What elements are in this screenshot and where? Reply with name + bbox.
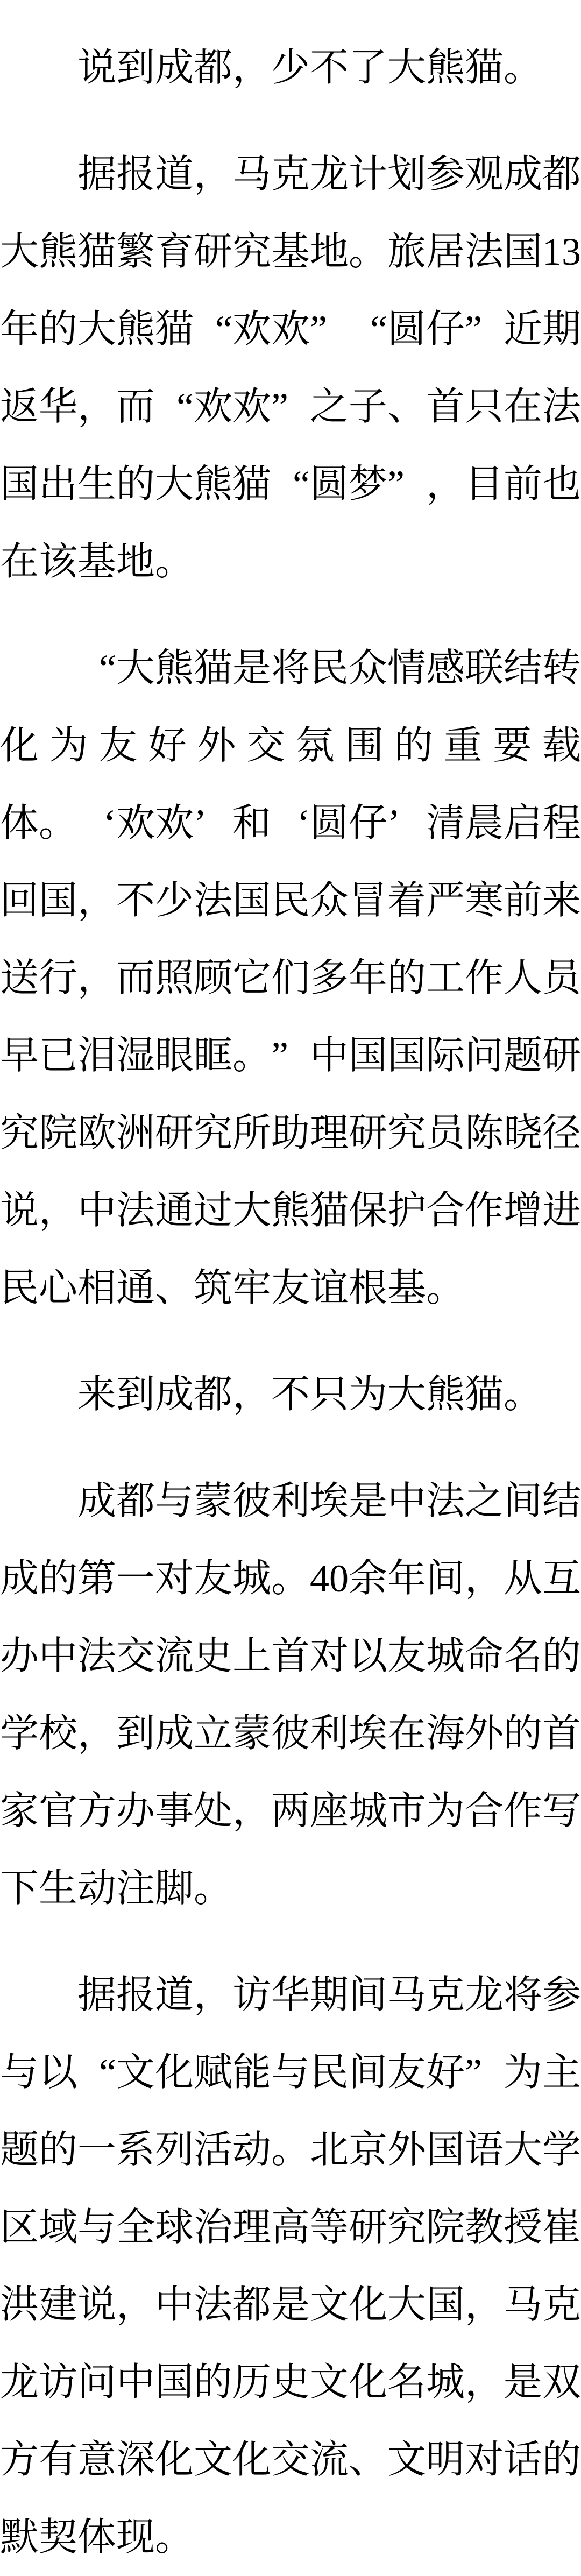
character: 注: [116, 1850, 155, 1927]
paragraph-4: 来到成都，不只为大熊猫。: [0, 1356, 581, 1433]
character: 间: [349, 1956, 387, 2034]
character: 将: [504, 1956, 542, 2034]
character: ，: [465, 1540, 504, 1617]
character: 化: [0, 707, 39, 784]
character: 明: [426, 2421, 465, 2499]
character: 洲: [116, 1094, 155, 1172]
character: 该: [39, 523, 77, 600]
character: 都: [116, 1462, 155, 1540]
text-line: 究院欧洲研究所助理研究员陈晓径: [0, 1094, 581, 1172]
character: 意: [77, 2421, 116, 2499]
character: 根: [349, 1249, 387, 1327]
character: ，: [232, 29, 271, 107]
character: 高: [271, 2189, 310, 2266]
character: ，: [232, 1772, 271, 1850]
character: 的: [542, 2421, 581, 2499]
character: 们: [271, 939, 310, 1017]
character: 球: [155, 2189, 194, 2266]
character: 化: [349, 2266, 387, 2344]
character: 上: [232, 1617, 271, 1695]
character: 都: [542, 136, 581, 213]
character: 转: [542, 629, 581, 707]
character: 在: [387, 1695, 426, 1772]
character: “: [77, 2034, 116, 2111]
character: ”: [387, 445, 426, 523]
text-line: 体。‘欢欢’和‘圆仔’清晨启程: [0, 784, 581, 862]
character: 文: [194, 2421, 232, 2499]
character: 龙: [310, 136, 349, 213]
character: 的: [39, 2111, 77, 2189]
character: 究: [387, 2189, 426, 2266]
character: 研: [542, 1017, 581, 1094]
character: 。: [271, 1540, 310, 1617]
character: 通: [116, 1249, 155, 1327]
text-line: 成都与蒙彼利埃是中法之间结: [0, 1462, 581, 1540]
character: 马: [504, 2266, 542, 2344]
character: 生: [39, 1850, 77, 1927]
character: 方: [77, 1772, 116, 1850]
character: 报: [116, 136, 155, 213]
character: 成: [155, 1695, 194, 1772]
character: 猫: [465, 1356, 504, 1433]
text-line: 题的一系列活动。北京外国语大学: [0, 2111, 581, 2189]
character: 建: [39, 2266, 77, 2344]
character: 成: [0, 1540, 39, 1617]
character: 理: [232, 2189, 271, 2266]
character: 。: [426, 1249, 465, 1327]
character: ”: [465, 291, 504, 368]
character: 校: [39, 1695, 77, 1772]
character: 重: [444, 707, 483, 784]
character: 13: [542, 213, 581, 291]
character: 克: [426, 1956, 465, 2034]
character: 过: [194, 1172, 232, 1249]
character: 好: [148, 707, 187, 784]
character: 回: [0, 862, 39, 939]
character: 只: [310, 1356, 349, 1433]
character: 员: [426, 1094, 465, 1172]
character: 城: [232, 1540, 271, 1617]
character: 办: [116, 1772, 155, 1850]
character: 访: [232, 1956, 271, 2034]
character: 只: [465, 368, 504, 445]
character: 史: [271, 2344, 310, 2421]
character: 熊: [39, 213, 77, 291]
character: “: [349, 291, 387, 368]
character: 外: [465, 1695, 504, 1772]
character: 寒: [465, 862, 504, 939]
character: 埃: [349, 1695, 387, 1772]
character: 国: [39, 862, 77, 939]
character: 家: [0, 1772, 39, 1850]
character: 埃: [310, 1462, 349, 1540]
character: 都: [232, 2266, 271, 2344]
character: 心: [39, 1249, 77, 1327]
character: ，: [194, 136, 232, 213]
character: 也: [542, 445, 581, 523]
character: 而: [116, 939, 155, 1017]
character: 两: [271, 1772, 310, 1850]
character: 民: [0, 1249, 39, 1327]
text-line: 化为友好外交氛围的重要载: [0, 707, 581, 784]
character: 人: [504, 939, 542, 1017]
character: 年: [0, 291, 39, 368]
character: 欢: [271, 291, 310, 368]
character: 的: [542, 1617, 581, 1695]
character: ”: [465, 2034, 504, 2111]
character: 国: [387, 1017, 426, 1094]
character: 语: [465, 2111, 504, 2189]
paragraph-6: 据报道，访华期间马克龙将参 与以“文化赋能与民间友好”为主 题的一系列活动。北京…: [0, 1956, 581, 2576]
character: 的: [194, 2344, 232, 2421]
character: 为: [504, 2034, 542, 2111]
character: 熊: [426, 29, 465, 107]
character: 、: [387, 368, 426, 445]
character: 到: [116, 1695, 155, 1772]
character: 历: [232, 2344, 271, 2421]
character: 友: [387, 2034, 426, 2111]
character: 文: [116, 2034, 155, 2111]
character: 结: [504, 629, 542, 707]
character: 。: [194, 1850, 232, 1927]
character: 问: [465, 1017, 504, 1094]
character: ，: [232, 1356, 271, 1433]
character: 首: [542, 1695, 581, 1772]
character: 径: [542, 1094, 581, 1172]
character: 到: [116, 29, 155, 107]
character: 列: [155, 2111, 194, 2189]
character: 首: [271, 1617, 310, 1695]
character: 间: [504, 1462, 542, 1540]
character: 多: [310, 939, 349, 1017]
character: 。: [39, 784, 77, 862]
character: 成: [155, 1356, 194, 1433]
character: 究: [232, 213, 271, 291]
character: 作: [504, 1772, 542, 1850]
character: 湿: [116, 1017, 155, 1094]
text-line: 下生动注脚。: [0, 1850, 581, 1927]
character: 都: [194, 29, 232, 107]
character: 筑: [194, 1249, 232, 1327]
character: 办: [0, 1617, 39, 1695]
character: 国: [504, 213, 542, 291]
text-line: 据报道，马克龙计划参观成都: [0, 136, 581, 213]
character: ，: [77, 862, 116, 939]
character: 年: [387, 1540, 426, 1617]
character: 、: [349, 2421, 387, 2499]
character: 繁: [116, 213, 155, 291]
character: 利: [271, 1462, 310, 1540]
character: 系: [116, 2111, 155, 2189]
character: 来: [542, 862, 581, 939]
character: 大: [387, 1356, 426, 1433]
character: 院: [39, 1094, 77, 1172]
character: 着: [387, 862, 426, 939]
character: 氛: [296, 707, 335, 784]
character: 圆: [310, 445, 349, 523]
character: 洪: [0, 2266, 39, 2344]
character: 工: [426, 939, 465, 1017]
character: 中: [116, 2344, 155, 2421]
character: 成: [155, 29, 194, 107]
character: 究: [0, 1094, 39, 1172]
character: 流: [155, 1617, 194, 1695]
character: 熊: [426, 1356, 465, 1433]
character: 在: [504, 368, 542, 445]
character: “: [194, 291, 232, 368]
character: 互: [542, 1540, 581, 1617]
character: 参: [542, 1956, 581, 2034]
character: ，: [77, 939, 116, 1017]
character: 。: [155, 2499, 194, 2576]
character: 友: [194, 1540, 232, 1617]
text-line: 办中法交流史上首对以友城命名的: [0, 1617, 581, 1695]
character: 作: [465, 939, 504, 1017]
character: 居: [426, 213, 465, 291]
character: 护: [387, 1172, 426, 1249]
character: ，: [116, 2266, 155, 2344]
character: 官: [39, 1772, 77, 1850]
character: 猫: [232, 445, 271, 523]
character: ‘: [271, 784, 310, 862]
character: 史: [194, 1617, 232, 1695]
character: 好: [426, 2034, 465, 2111]
character: 中: [77, 1172, 116, 1249]
text-line: 成的第一对友城。40余年间，从互: [0, 1540, 581, 1617]
character: 情: [387, 629, 426, 707]
character: ”: [271, 368, 310, 445]
character: 利: [310, 1695, 349, 1772]
character: 克: [271, 136, 310, 213]
character: 座: [310, 1772, 349, 1850]
character: 有: [39, 2421, 77, 2499]
character: 民: [310, 629, 349, 707]
character: 下: [0, 1850, 39, 1927]
character: 一: [116, 1540, 155, 1617]
character: 基: [387, 1249, 426, 1327]
character: ，: [77, 1695, 116, 1772]
character: 结: [542, 1462, 581, 1540]
character: 是: [349, 1462, 387, 1540]
character: 区: [0, 2189, 39, 2266]
character: 题: [504, 1017, 542, 1094]
character: 国: [0, 445, 39, 523]
character: 活: [194, 2111, 232, 2189]
text-line: 与以“文化赋能与民间友好”为主: [0, 2034, 581, 2111]
character: 化: [155, 2421, 194, 2499]
character: 余: [349, 1540, 387, 1617]
character: 不: [310, 29, 349, 107]
character: 从: [504, 1540, 542, 1617]
character: 期: [310, 1956, 349, 2034]
character: ，: [426, 445, 465, 523]
character: 崔: [542, 2189, 581, 2266]
character: 眶: [194, 1017, 232, 1094]
character: 理: [310, 1094, 349, 1172]
character: 城: [426, 2344, 465, 2421]
character: 进: [542, 1172, 581, 1249]
character: 近: [504, 291, 542, 368]
character: 学: [542, 2111, 581, 2189]
character: 国: [155, 2344, 194, 2421]
character: 是: [232, 629, 271, 707]
character: 大: [77, 291, 116, 368]
character: 不: [116, 862, 155, 939]
character: 育: [155, 213, 194, 291]
character: 为: [49, 707, 88, 784]
character: 对: [155, 1540, 194, 1617]
paragraph-1: 说到成都，少不了大熊猫。: [0, 29, 581, 107]
character: 主: [542, 2034, 581, 2111]
character: 赋: [194, 2034, 232, 2111]
character: 严: [426, 862, 465, 939]
character: 都: [194, 1356, 232, 1433]
character: 。: [504, 29, 542, 107]
paragraph-5: 成都与蒙彼利埃是中法之间结 成的第一对友城。40余年间，从互 办中法交流史上首对…: [0, 1462, 581, 1927]
character: 文: [387, 2421, 426, 2499]
character: 晓: [504, 1094, 542, 1172]
character: “: [77, 629, 116, 707]
character: 晨: [465, 784, 504, 862]
text-line: 方有意深化文化交流、文明对话的: [0, 2421, 581, 2499]
text-line: 学校，到成立蒙彼利埃在海外的首: [0, 1695, 581, 1772]
character: 华: [39, 368, 77, 445]
text-line: 区域与全球治理高等研究院教授崔: [0, 2189, 581, 2266]
character: ，: [39, 1172, 77, 1249]
character: 友: [98, 707, 137, 784]
character: 为: [426, 1772, 465, 1850]
character: 蒙: [232, 1695, 271, 1772]
character: 大: [387, 29, 426, 107]
character: 顾: [194, 939, 232, 1017]
character: 中: [155, 2266, 194, 2344]
character: 。: [349, 213, 387, 291]
text-line: 说，中法通过大熊猫保护合作增进: [0, 1172, 581, 1249]
character: 友: [387, 1617, 426, 1695]
character: 化: [155, 2034, 194, 2111]
character: 马: [387, 1956, 426, 2034]
character: 大: [155, 445, 194, 523]
character: 命: [465, 1617, 504, 1695]
character: 熊: [116, 291, 155, 368]
character: 处: [194, 1772, 232, 1850]
character: 名: [504, 1617, 542, 1695]
character: 众: [349, 629, 387, 707]
character: 程: [542, 784, 581, 862]
character: 首: [426, 368, 465, 445]
character: 圆: [310, 784, 349, 862]
character: 龙: [0, 2344, 39, 2421]
character: 联: [465, 629, 504, 707]
character: 深: [116, 2421, 155, 2499]
character: 猫: [465, 29, 504, 107]
character: 划: [387, 136, 426, 213]
character: 体: [77, 2499, 116, 2576]
character: 脚: [155, 1850, 194, 1927]
character: 大: [504, 2111, 542, 2189]
character: 现: [116, 2499, 155, 2576]
character: 外: [197, 707, 236, 784]
character: 欢: [232, 291, 271, 368]
character: 的: [116, 445, 155, 523]
character: 华: [271, 1956, 310, 2034]
character: ，: [194, 1956, 232, 2034]
character: 龙: [465, 1956, 504, 2034]
character: 方: [0, 2421, 39, 2499]
character: 域: [39, 2189, 77, 2266]
character: 感: [426, 629, 465, 707]
character: 而: [116, 368, 155, 445]
character: 京: [349, 2111, 387, 2189]
character: 成: [77, 1462, 116, 1540]
character: 为: [349, 1356, 387, 1433]
character: 通: [155, 1172, 194, 1249]
character: 中: [310, 1017, 349, 1094]
character: 名: [387, 2344, 426, 2421]
character: 与: [271, 2034, 310, 2111]
character: 交: [271, 2421, 310, 2499]
character: 研: [155, 1094, 194, 1172]
character: 以: [39, 2034, 77, 2111]
character: 的: [39, 1540, 77, 1617]
character: 体: [0, 784, 39, 862]
character: 将: [271, 629, 310, 707]
character: 欢: [194, 368, 232, 445]
character: 说: [77, 29, 116, 107]
character: 研: [349, 2189, 387, 2266]
text-line: 国出生的大熊猫“圆梦”，目前也: [0, 445, 581, 523]
character: 中: [387, 1462, 426, 1540]
character: 市: [387, 1772, 426, 1850]
character: 国: [426, 2266, 465, 2344]
character: 间: [426, 1540, 465, 1617]
character: 前: [504, 445, 542, 523]
text-line: 民心相通、筑牢友谊根基。: [0, 1249, 581, 1327]
character: 之: [310, 368, 349, 445]
character: 流: [310, 2421, 349, 2499]
character: 问: [77, 2344, 116, 2421]
character: 法: [77, 1617, 116, 1695]
character: 友: [271, 1249, 310, 1327]
character: 猫: [155, 291, 194, 368]
character: 助: [271, 1094, 310, 1172]
character: 交: [116, 1617, 155, 1695]
character: 国: [426, 2111, 465, 2189]
character: 契: [39, 2499, 77, 2576]
character: 话: [504, 2421, 542, 2499]
character: 地: [116, 523, 155, 600]
character: 的: [394, 707, 433, 784]
character: 期: [542, 291, 581, 368]
character: 行: [39, 939, 77, 1017]
character: 城: [426, 1617, 465, 1695]
character: 据: [77, 136, 116, 213]
character: 载: [542, 707, 581, 784]
character: 清: [426, 784, 465, 862]
character: 大: [0, 213, 39, 291]
character: 合: [465, 1772, 504, 1850]
character: 对: [465, 2421, 504, 2499]
character: “: [271, 445, 310, 523]
character: 猫: [194, 629, 232, 707]
character: 的: [504, 1695, 542, 1772]
text-line: 据报道，访华期间马克龙将参: [0, 1956, 581, 2034]
character: 谊: [310, 1249, 349, 1327]
text-line: 返华，而“欢欢”之子、首只在法: [0, 368, 581, 445]
character: ，: [465, 2266, 504, 2344]
character: 与: [0, 2034, 39, 2111]
character: 和: [232, 784, 271, 862]
